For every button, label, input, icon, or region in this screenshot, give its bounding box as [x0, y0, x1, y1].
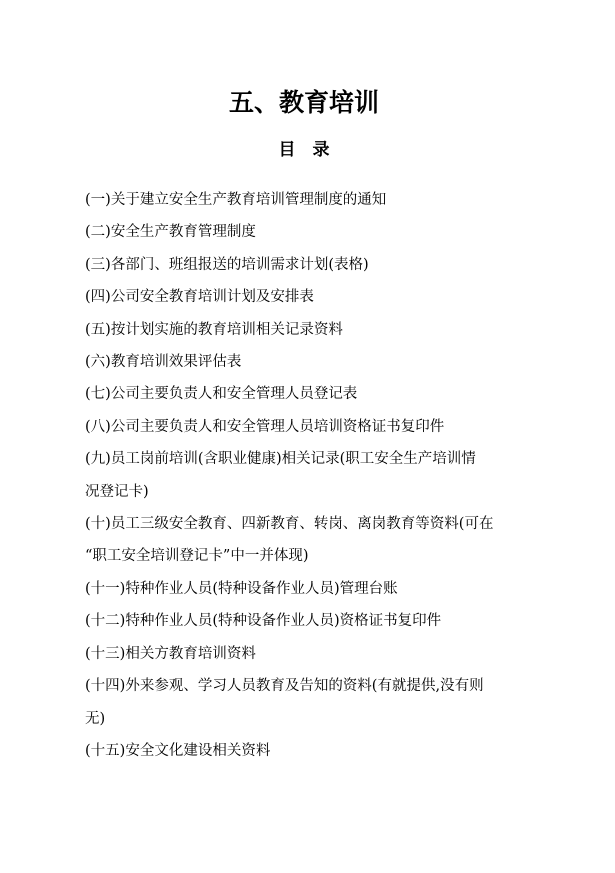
- toc-item-9: (九)员工岗前培训(含职业健康)相关记录(职工安全生产培训情 况登记卡): [85, 443, 523, 508]
- toc-item-3: (三)各部门、班组报送的培训需求计划(表格): [85, 249, 523, 281]
- toc-item-4: (四)公司安全教育培训计划及安排表: [85, 281, 523, 313]
- toc-item-10: (十)员工三级安全教育、四新教育、转岗、离岗教育等资料(可在 “职工安全培训登记…: [85, 508, 523, 573]
- toc-item-11: (十一)特种作业人员(特种设备作业人员)管理台账: [85, 573, 523, 605]
- toc-item-8: (八)公司主要负责人和安全管理人员培训资格证书复印件: [85, 411, 523, 443]
- document-page: 五、教育培训 目 录 (一)关于建立安全生产教育培训管理制度的通知 (二)安全生…: [0, 0, 615, 873]
- toc-item-7: (七)公司主要负责人和安全管理人员登记表: [85, 378, 523, 410]
- toc-heading: 目 录: [85, 141, 523, 159]
- toc-item-1: (一)关于建立安全生产教育培训管理制度的通知: [85, 184, 523, 216]
- toc-item-12: (十二)特种作业人员(特种设备作业人员)资格证书复印件: [85, 605, 523, 637]
- toc-item-14: (十四)外来参观、学习人员教育及告知的资料(有就提供,没有则 无): [85, 670, 523, 735]
- toc-item-2: (二)安全生产教育管理制度: [85, 216, 523, 248]
- toc-item-13: (十三)相关方教育培训资料: [85, 638, 523, 670]
- page-title: 五、教育培训: [85, 0, 523, 116]
- toc-item-5: (五)按计划实施的教育培训相关记录资料: [85, 314, 523, 346]
- toc-list: (一)关于建立安全生产教育培训管理制度的通知 (二)安全生产教育管理制度 (三)…: [85, 184, 523, 767]
- toc-item-15: (十五)安全文化建设相关资料: [85, 735, 523, 767]
- toc-item-6: (六)教育培训效果评估表: [85, 346, 523, 378]
